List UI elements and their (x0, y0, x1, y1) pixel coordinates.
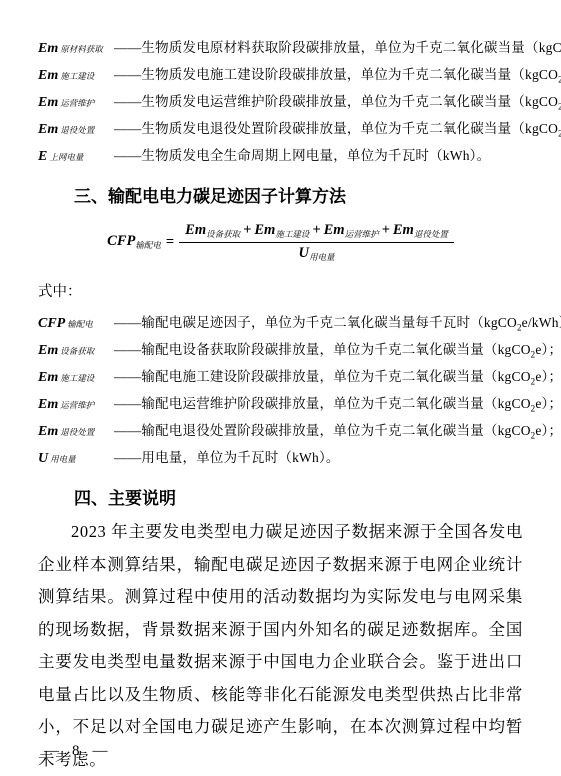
numerator-term-subscript: 施工建设 (275, 229, 309, 239)
definition-row: U用电量 ——用电量，单位为千瓦时（kWh）。 (38, 446, 523, 473)
symbol-main: CFP (38, 316, 65, 331)
definition-row: CFP输配电 ——输配电碳足迹因子，单位为千克二氧化碳当量每千瓦时（kgCO2e… (38, 311, 523, 338)
definition-text: ——输配电运营维护阶段碳排放量，单位为千克二氧化碳当量（kgCO2e）； (114, 392, 561, 412)
symbol-main: Em (38, 424, 58, 439)
definition-text-part: ——生物质发电运营维护阶段碳排放量，单位为千克二氧化碳当量（kgCO (114, 94, 558, 109)
symbol-main: U (38, 451, 48, 466)
definition-text-part: e）； (535, 423, 561, 438)
denominator-subscript: 用电量 (309, 252, 335, 262)
definition-text: ——输配电施工建设阶段碳排放量，单位为千克二氧化碳当量（kgCO2e）； (114, 365, 561, 385)
numerator-term-symbol: Em (254, 222, 275, 238)
symbol-subscript: 施工建设 (60, 71, 94, 81)
definition-text: ——生物质发电全生命周期上网电量，单位为千瓦时（kWh）。 (114, 144, 490, 164)
symbol: Em运营维护 (38, 95, 114, 111)
definition-text: ——用电量，单位为千瓦时（kWh）。 (114, 446, 340, 466)
numerator-term-symbol: Em (185, 222, 206, 238)
symbol-subscript: 运营维护 (60, 400, 94, 410)
symbol: U用电量 (38, 451, 114, 467)
formula-lhs: CFP输配电 (107, 233, 161, 251)
definition-text: ——生物质发电退役处置阶段碳排放量，单位为千克二氧化碳当量（kgCO2e）； (114, 117, 561, 137)
definition-row: Em运营维护 ——输配电运营维护阶段碳排放量，单位为千克二氧化碳当量（kgCO2… (38, 392, 523, 419)
definition-text: ——生物质发电运营维护阶段碳排放量，单位为千克二氧化碳当量（kgCO2e）； (114, 90, 561, 110)
numerator-term-symbol: Em (393, 222, 414, 238)
definition-text-part: ——输配电碳足迹因子，单位为千克二氧化碳当量每千瓦时（kgCO (114, 315, 517, 330)
definition-row: Em退役处置 ——生物质发电退役处置阶段碳排放量，单位为千克二氧化碳当量（kgC… (38, 117, 523, 144)
section-3-heading: 三、输配电电力碳足迹因子计算方法 (74, 185, 523, 209)
symbol-subscript: 退役处置 (60, 125, 94, 135)
symbol-subscript: 用电量 (50, 454, 76, 464)
symbol: Em退役处置 (38, 424, 114, 440)
symbol-main: Em (38, 343, 58, 358)
definition-text-part: ——输配电运营维护阶段碳排放量，单位为千克二氧化碳当量（kgCO (114, 396, 531, 411)
symbol-subscript: 设备获取 (60, 346, 94, 356)
definition-text-part: e）； (535, 342, 561, 357)
symbol: Em设备获取 (38, 343, 114, 359)
definition-text: ——输配电设备获取阶段碳排放量，单位为千克二氧化碳当量（kgCO2e）； (114, 338, 561, 358)
symbol-main: Em (38, 68, 58, 83)
symbol: Em运营维护 (38, 397, 114, 413)
footer-dash-left: — (44, 743, 59, 760)
definitions-top-list: Em原材料获取 ——生物质发电原材料获取阶段碳排放量，单位为千克二氧化碳当量（k… (38, 36, 523, 171)
definition-text: ——生物质发电原材料获取阶段碳排放量，单位为千克二氧化碳当量（kgCO2e）； (114, 36, 561, 56)
definitions-mid-list: CFP输配电 ——输配电碳足迹因子，单位为千克二氧化碳当量每千瓦时（kgCO2e… (38, 311, 523, 473)
definition-text-part: e）； (535, 396, 561, 411)
definition-text-part: ——输配电施工建设阶段碳排放量，单位为千克二氧化碳当量（kgCO (114, 369, 531, 384)
symbol-main: Em (38, 41, 58, 56)
plus-sign: + (312, 222, 320, 238)
definition-row: Em设备获取 ——输配电设备获取阶段碳排放量，单位为千克二氧化碳当量（kgCO2… (38, 338, 523, 365)
definition-text-part: e）； (535, 369, 561, 384)
symbol-main: Em (38, 122, 58, 137)
definition-text-part: e/kWh）； (522, 315, 561, 330)
symbol-subscript: 运营维护 (60, 98, 94, 108)
page-number-footer: — 8 — (44, 743, 108, 760)
section-4-heading: 四、主要说明 (74, 487, 523, 511)
definition-text-part: ——用电量，单位为千瓦时（kWh）。 (114, 450, 340, 465)
definition-row: Em退役处置 ——输配电退役处置阶段碳排放量，单位为千克二氧化碳当量（kgCO2… (38, 419, 523, 446)
symbol-main: Em (38, 95, 58, 110)
plus-sign: + (382, 222, 390, 238)
formula-lhs-subscript: 输配电 (135, 240, 161, 250)
symbol-subscript: 输配电 (67, 319, 93, 329)
symbol-subscript: 施工建设 (60, 373, 94, 383)
symbol: E上网电量 (38, 149, 114, 165)
numerator-term-subscript: 设备获取 (206, 229, 240, 239)
symbol: CFP输配电 (38, 316, 114, 332)
definition-text: ——输配电碳足迹因子，单位为千克二氧化碳当量每千瓦时（kgCO2e/kWh）； (114, 311, 561, 331)
definition-text-part: ——输配电退役处置阶段碳排放量，单位为千克二氧化碳当量（kgCO (114, 423, 531, 438)
definition-row: E上网电量 ——生物质发电全生命周期上网电量，单位为千瓦时（kWh）。 (38, 144, 523, 171)
definition-row: Em运营维护 ——生物质发电运营维护阶段碳排放量，单位为千克二氧化碳当量（kgC… (38, 90, 523, 117)
symbol-main: Em (38, 397, 58, 412)
symbol: Em施工建设 (38, 370, 114, 386)
formula-where-label: 式中： (38, 280, 523, 302)
numerator-term-subscript: 运营维护 (345, 229, 379, 239)
definition-text: ——生物质发电施工建设阶段碳排放量，单位为千克二氧化碳当量（kgCO2e）； (114, 63, 561, 83)
definition-text-part: ——生物质发电退役处置阶段碳排放量，单位为千克二氧化碳当量（kgCO (114, 121, 558, 136)
denominator-symbol: U (298, 245, 308, 261)
symbol: Em施工建设 (38, 68, 114, 84)
formula-denominator: U用电量 (298, 243, 334, 263)
definition-text-part: ——生物质发电原材料获取阶段碳排放量，单位为千克二氧化碳当量（kgCO (114, 40, 561, 55)
formula-cfp-transmission: CFP输配电 = Em设备获取+Em施工建设+Em运营维护+Em退役处置 U用电… (38, 219, 523, 265)
formula-lhs-symbol: CFP (107, 233, 135, 249)
definition-row: Em施工建设 ——生物质发电施工建设阶段碳排放量，单位为千克二氧化碳当量（kgC… (38, 63, 523, 90)
formula-fraction: Em设备获取+Em施工建设+Em运营维护+Em退役处置 U用电量 (179, 222, 454, 263)
definition-text-part: ——生物质发电施工建设阶段碳排放量，单位为千克二氧化碳当量（kgCO (114, 67, 558, 82)
symbol-main: Em (38, 370, 58, 385)
formula-numerator: Em设备获取+Em施工建设+Em运营维护+Em退役处置 (179, 222, 454, 243)
symbol: Em退役处置 (38, 122, 114, 138)
definition-row: Em原材料获取 ——生物质发电原材料获取阶段碳排放量，单位为千克二氧化碳当量（k… (38, 36, 523, 63)
definition-text: ——输配电退役处置阶段碳排放量，单位为千克二氧化碳当量（kgCO2e）； (114, 419, 561, 439)
symbol-subscript: 上网电量 (49, 152, 83, 162)
footer-page-number: 8 (72, 743, 80, 760)
symbol: Em原材料获取 (38, 41, 114, 57)
document-page: Em原材料获取 ——生物质发电原材料获取阶段碳排放量，单位为千克二氧化碳当量（k… (0, 0, 561, 776)
numerator-term-symbol: Em (324, 222, 345, 238)
symbol-subscript: 退役处置 (60, 427, 94, 437)
equals-sign: = (166, 234, 174, 251)
definition-text-part: ——输配电设备获取阶段碳排放量，单位为千克二氧化碳当量（kgCO (114, 342, 531, 357)
symbol-main: E (38, 149, 47, 164)
footer-dash-right: — (93, 743, 108, 760)
numerator-term-subscript: 退役处置 (414, 229, 448, 239)
definition-row: Em施工建设 ——输配电施工建设阶段碳排放量，单位为千克二氧化碳当量（kgCO2… (38, 365, 523, 392)
symbol-subscript: 原材料获取 (60, 44, 103, 54)
definition-text-part: ——生物质发电全生命周期上网电量，单位为千瓦时（kWh）。 (114, 148, 490, 163)
main-paragraph: 2023 年主要发电类型电力碳足迹因子数据来源于全国各发电企业样本测算结果，输配… (38, 516, 523, 776)
plus-sign: + (243, 222, 251, 238)
